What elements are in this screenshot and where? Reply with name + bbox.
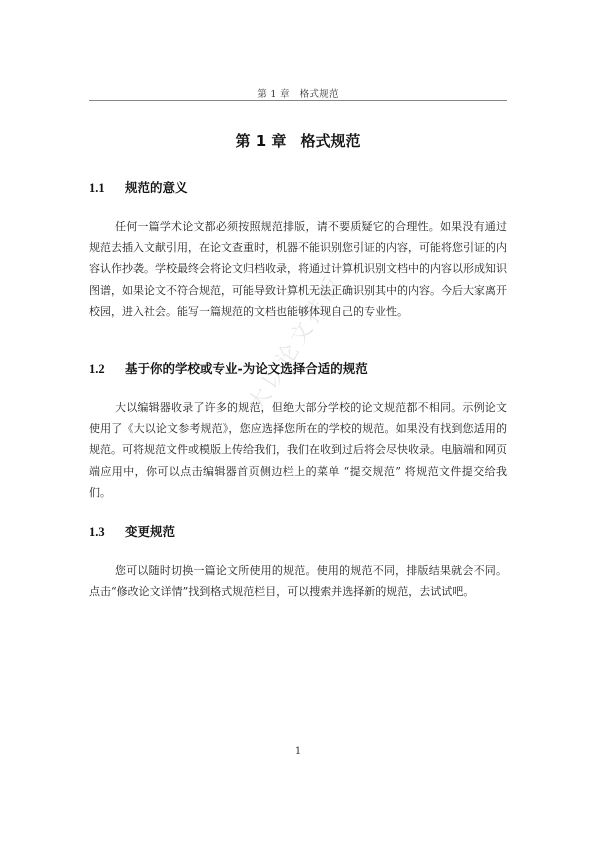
page-number: 1 (290, 746, 306, 757)
chapter-name: 格式规范 (300, 132, 360, 150)
section-number: 1.2 (89, 362, 125, 377)
section-title: 变更规范 (125, 524, 175, 539)
running-header: 第 1 章 格式规范 (89, 86, 507, 100)
section-heading-1-3: 1.3变更规范 (89, 522, 175, 540)
section-number: 1.3 (89, 525, 125, 540)
section-paragraph-1-1: 任何一篇学术论文都必须按照规范排版，请不要质疑它的合理性。如果没有通过规范去插入… (89, 216, 507, 322)
section-number: 1.1 (89, 181, 125, 196)
section-heading-1-1: 1.1规范的意义 (89, 178, 188, 196)
chapter-title: 第 1 章格式规范 (89, 130, 507, 151)
section-title: 基于你的学校或专业-为论文选择合适的规范 (125, 361, 368, 376)
section-heading-1-2: 1.2基于你的学校或专业-为论文选择合适的规范 (89, 359, 368, 377)
section-title: 规范的意义 (125, 180, 188, 195)
section-paragraph-1-2: 大以编辑器收录了许多的规范，但绝大部分学校的论文规范都不相同。示例论文使用了《大… (89, 397, 507, 503)
chapter-number: 第 1 章 (236, 132, 287, 150)
header-rule (89, 100, 507, 101)
section-paragraph-1-3: 您可以随时切换一篇论文所使用的规范。使用的规范不同，排版结果就会不同。点击“修改… (89, 560, 507, 602)
